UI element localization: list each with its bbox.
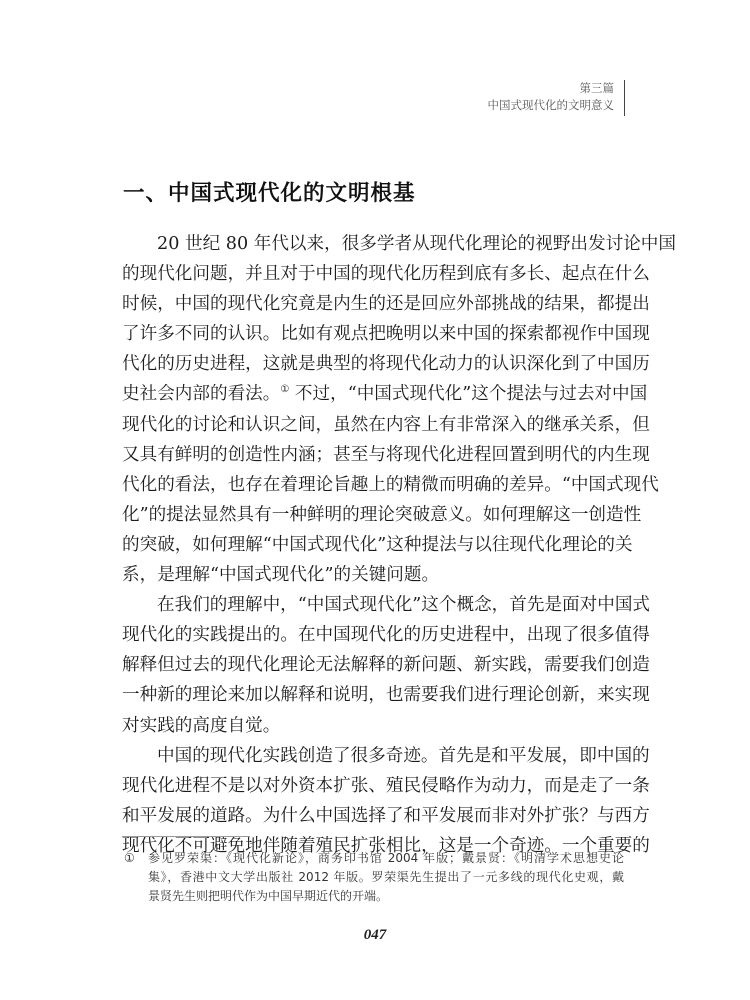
paragraph-2-line-4: 一种新的理论来加以解释和说明，也需要我们进行理论创新，来实现 [122,680,624,710]
paragraph-1-line-8: 又具有鲜明的创造性内涵；甚至与将现代化进程回置到明代的内生现 [122,440,624,470]
footnote-line-1: 参见罗荣渠：《现代化新论》，商务印书馆 2004 年版；戴景贤：《明清学术思想史… [148,849,624,868]
paragraph-1-line-7: 现代化的讨论和认识之间，虽然在内容上有非常深入的继承关系，但 [122,410,624,440]
running-head-part: 第三篇 [488,80,615,97]
paragraph-1-line-1: 20 世纪 80 年代以来，很多学者从现代化理论的视野出发讨论中国 [122,229,624,259]
paragraph-1-line-9: 代化的看法，也存在着理论旨趣上的精微而明确的差异。“中国式现代 [122,470,624,500]
page-number: 047 [0,927,750,944]
line-6-part-b: 不过，“中国式现代化”这个提法与过去对中国 [295,384,647,404]
paragraph-1-line-5: 代化的历史进程，这就是典型的将现代化动力的认识深化到了中国历 [122,349,624,379]
paragraph-3-line-3: 和平发展的道路。为什么中国选择了和平发展而非对外扩张？与西方 [122,801,624,831]
paragraph-2-line-2: 现代化的实践提出的。在中国现代化的历史进程中，出现了很多值得 [122,620,624,650]
footnotes: ① 参见罗荣渠：《现代化新论》，商务印书馆 2004 年版；戴景贤：《明清学术思… [122,849,624,906]
footnote-divider [122,836,250,837]
paragraph-1-line-10: 化”的提法显然具有一种鲜明的理论突破意义。如何理解这一创造性 [122,500,624,530]
footnote-marker: ① [124,849,135,868]
line-6-part-a: 史社会内部的看法。 [122,384,280,404]
footnote-line-3: 景贤先生则把明代作为中国早期近代的开端。 [148,887,624,906]
body-text: 20 世纪 80 年代以来，很多学者从现代化理论的视野出发讨论中国 的现代化问题… [122,229,624,861]
footnote-1: ① 参见罗荣渠：《现代化新论》，商务印书馆 2004 年版；戴景贤：《明清学术思… [122,849,624,906]
paragraph-3-line-1: 中国的现代化实践创造了很多奇迹。首先是和平发展，即中国的 [122,741,624,771]
running-head-divider [624,80,625,116]
paragraph-2-line-3: 解释但过去的现代化理论无法解释的新问题、新实践，需要我们创造 [122,650,624,680]
paragraph-1-line-12: 系，是理解“中国式现代化”的关键问题。 [122,560,624,590]
paragraph-1-line-6: 史社会内部的看法。① 不过，“中国式现代化”这个提法与过去对中国 [122,379,624,409]
footnote-body: 参见罗荣渠：《现代化新论》，商务印书馆 2004 年版；戴景贤：《明清学术思想史… [148,849,624,906]
paragraph-2-line-1: 在我们的理解中，“中国式现代化”这个概念，首先是面对中国式 [122,590,624,620]
paragraph-1-line-2: 的现代化问题，并且对于中国的现代化历程到底有多长、起点在什么 [122,259,624,289]
paragraph-2-line-5: 对实践的高度自觉。 [122,711,624,741]
footnote-line-2: 集》，香港中文大学出版社 2012 年版。罗荣渠先生提出了一元多线的现代化史观，… [148,868,624,887]
paragraph-3-line-2: 现代化进程不是以对外资本扩张、殖民侵略作为动力，而是走了一条 [122,771,624,801]
paragraph-1-line-3: 时候，中国的现代化究竟是内生的还是回应外部挑战的结果，都提出 [122,289,624,319]
section-title: 一、中国式现代化的文明根基 [123,176,416,207]
paragraph-1-line-11: 的突破，如何理解“中国式现代化”这种提法与以往现代化理论的关 [122,530,624,560]
running-head: 第三篇 中国式现代化的文明意义 [488,80,625,114]
running-head-title: 中国式现代化的文明意义 [488,97,615,114]
paragraph-1-line-4: 了许多不同的认识。比如有观点把晚明以来中国的探索都视作中国现 [122,319,624,349]
footnote-reference[interactable]: ① [280,384,289,395]
